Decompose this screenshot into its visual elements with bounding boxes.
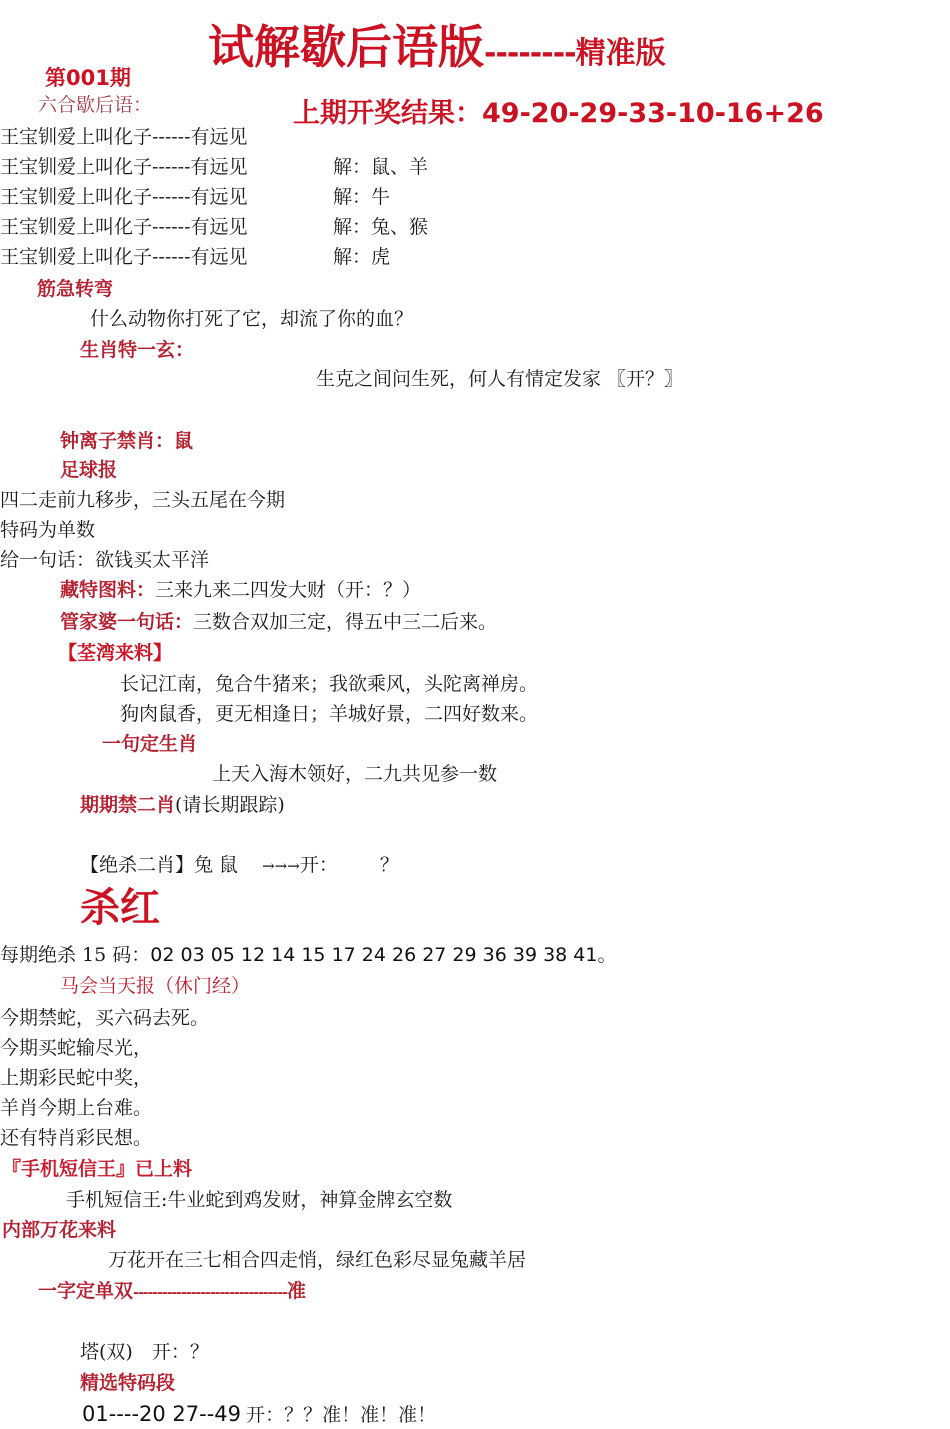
sms-heading: 『手机短信王』已上料 bbox=[2, 1160, 192, 1179]
danshuang-end: 准 bbox=[287, 1280, 306, 1302]
qiqi-line: 期期禁二肖(请长期跟踪) bbox=[80, 796, 285, 815]
qiqi-label: 期期禁二肖 bbox=[80, 794, 175, 816]
football-line: 特码为单数 bbox=[0, 521, 95, 540]
issue-number: 第001期 bbox=[45, 68, 131, 89]
last-result-value: 49-20-29-33-10-16+26 bbox=[482, 98, 824, 129]
danshuang-heading: 一字定单双 bbox=[38, 1280, 133, 1302]
shahong-numbers: 02 03 05 12 14 15 17 24 26 27 29 36 39 3… bbox=[150, 944, 597, 966]
juesha-result: ？ bbox=[380, 854, 399, 876]
shahong-end: 。 bbox=[597, 944, 616, 966]
xiehouyu-row: 王宝钏爱上叫化子------有远见 bbox=[0, 158, 248, 177]
yiju-heading: 一句定生肖 bbox=[102, 735, 197, 754]
football-heading: 足球报 bbox=[60, 461, 117, 480]
juesha-open: 开： bbox=[300, 854, 338, 876]
quanwan-line: 狗肉鼠香，更无相逢日；羊城好景，二四好数来。 bbox=[120, 705, 538, 724]
juesha-line: 【绝杀二肖】兔 鼠 →→→开： ？ bbox=[80, 856, 399, 875]
xiehouyu-row: 王宝钏爱上叫化子------有远见 bbox=[0, 188, 248, 207]
juesha-values: 兔 鼠 bbox=[194, 854, 238, 876]
juesha-label: 【绝杀二肖】 bbox=[80, 854, 194, 876]
last-result-label: 上期开奖结果： bbox=[293, 98, 482, 129]
wanhua-text: 万花开在三七相合四走悄，绿红色彩尽显兔藏羊居 bbox=[108, 1251, 526, 1270]
shahong-line: 每期绝杀 15 码：02 03 05 12 14 15 17 24 26 27 … bbox=[0, 946, 617, 965]
mahui-line: 还有特肖彩民想。 bbox=[0, 1129, 152, 1148]
title-subtitle: 精准版 bbox=[576, 36, 666, 71]
xiehouyu-row: 王宝钏爱上叫化子------有远见 bbox=[0, 248, 248, 267]
danshuang-heading-line: 一字定单双--------------------------------准 bbox=[38, 1282, 306, 1301]
mahui-line: 今期禁蛇，买六码去死。 bbox=[0, 1009, 209, 1028]
xiehouyu-answer: 解：虎 bbox=[333, 248, 390, 267]
xiehouyu-row: 王宝钏爱上叫化子------有远见 bbox=[0, 128, 248, 147]
segment-range: 01----20 27--49 bbox=[82, 1402, 241, 1426]
title-text: 试解歇后语版 bbox=[208, 20, 484, 74]
quanwan-line: 长记江南，兔合牛猪来；我欲乘风，头陀离禅房。 bbox=[120, 675, 538, 694]
mahui-line: 羊肖今期上台难。 bbox=[0, 1099, 152, 1118]
riddle-heading: 筋急转弯 bbox=[37, 280, 113, 299]
arrow-right-icon: →→→ bbox=[262, 857, 300, 875]
danshuang-dash: -------------------------------- bbox=[133, 1285, 287, 1301]
mahui-line: 今期买蛇输尽光， bbox=[0, 1039, 152, 1058]
shengxiao-heading: 生肖特一玄： bbox=[80, 341, 194, 360]
xiehouyu-row: 王宝钏爱上叫化子------有远见 bbox=[0, 218, 248, 237]
sms-text: 手机短信王:牛业蛇到鸡发财，神算金牌玄空数 bbox=[66, 1191, 452, 1210]
guanjiapo-text: 三数合双加三定，得五中三二后来。 bbox=[193, 611, 497, 633]
mahui-heading: 马会当天报（休门经） bbox=[60, 977, 250, 996]
football-line: 四二走前九移步，三头五尾在今期 bbox=[0, 491, 285, 510]
xiehouyu-answer: 解：兔、猴 bbox=[333, 218, 428, 237]
guanjiapo-line: 管家婆一句话：三数合双加三定，得五中三二后来。 bbox=[60, 613, 497, 632]
segment-line: 01----20 27--49 开：？？准！准！准！ bbox=[82, 1404, 436, 1425]
qiqi-note: (请长期跟踪) bbox=[175, 794, 285, 816]
yiju-text: 上天入海木领好，二九共见参一数 bbox=[212, 765, 497, 784]
danshuang-text: 塔(双) 开：？ bbox=[80, 1343, 209, 1362]
football-line: 给一句话：欲钱买太平洋 bbox=[0, 551, 209, 570]
title-dash: -------- bbox=[484, 36, 576, 71]
riddle-question: 什么动物你打死了它，却流了你的血？ bbox=[90, 310, 413, 329]
cangte-label: 藏特图料： bbox=[60, 579, 155, 601]
wanhua-heading: 内部万花来料 bbox=[2, 1221, 116, 1240]
segment-heading: 精选特码段 bbox=[80, 1374, 175, 1393]
segment-result: 开：？？准！准！准！ bbox=[246, 1404, 436, 1426]
cangte-text: 三来九来二四发大财（开：？） bbox=[155, 579, 421, 601]
xiehouyu-heading: 六合歇后语： bbox=[38, 96, 152, 115]
page-title: 试解歇后语版--------精准版 bbox=[208, 24, 666, 70]
guanjiapo-label: 管家婆一句话： bbox=[60, 611, 193, 633]
zhongli-line: 钟离子禁肖：鼠 bbox=[60, 432, 193, 451]
shengxiao-text: 生克之间问生死，何人有情定发家 〖开？〗 bbox=[316, 370, 683, 389]
cangte-line: 藏特图料：三来九来二四发大财（开：？） bbox=[60, 581, 421, 600]
shahong-heading: 杀红 bbox=[80, 888, 160, 928]
shahong-label: 每期绝杀 15 码： bbox=[0, 944, 150, 966]
xiehouyu-answer: 解：鼠、羊 bbox=[333, 158, 428, 177]
quanwan-heading: 【荃湾来料】 bbox=[58, 644, 172, 663]
mahui-line: 上期彩民蛇中奖， bbox=[0, 1069, 152, 1088]
last-result: 上期开奖结果：49-20-29-33-10-16+26 bbox=[293, 100, 824, 127]
xiehouyu-answer: 解：牛 bbox=[333, 188, 390, 207]
